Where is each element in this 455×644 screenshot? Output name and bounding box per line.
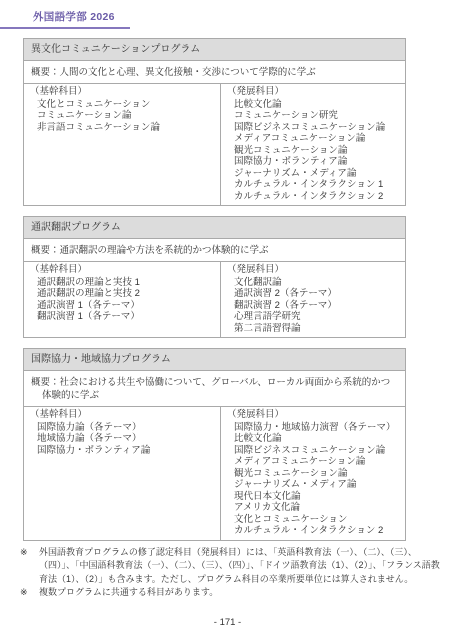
faculty-title: 外国語学部 2026	[33, 11, 455, 24]
core-subjects-column: （基幹科目） 通訳翻訳の理論と実技 1通訳翻訳の理論と実技 2通訳演習 1（各テ…	[24, 262, 221, 337]
subject-item: 通訳演習 1（各テーマ）	[30, 300, 214, 312]
subject-item: 第二言語習得論	[227, 323, 399, 335]
subject-item: 文化とコミュニケーション	[30, 99, 214, 111]
subject-item: 通訳翻訳の理論と実技 1	[30, 277, 214, 289]
subject-item: 国際協力・地域協力演習（各テーマ）	[227, 422, 399, 434]
program-title: 通訳翻訳プログラム	[24, 217, 405, 239]
page-footer: - 171 -	[0, 617, 455, 628]
program-columns: （基幹科目） 国際協力論（各テーマ）地域協力論（各テーマ）国際協力・ボランティア…	[24, 407, 405, 540]
advanced-subjects-column: （発展科目） 国際協力・地域協力演習（各テーマ）比較文化論国際ビジネスコミュニケ…	[221, 407, 405, 540]
subject-item: 文化とコミュニケーション	[227, 514, 399, 526]
subject-item: 現代日本文化論	[227, 491, 399, 503]
subject-item: カルチュラル・インタラクション 2	[227, 191, 399, 203]
advanced-subjects-list: 比較文化論コミュニケーション研究国際ビジネスコミュニケーション論メディアコミュニ…	[227, 99, 399, 203]
program-table: 異文化コミュニケーションプログラム 概要：人間の文化と心理、異文化接触・交渉につ…	[23, 38, 406, 206]
program-columns: （基幹科目） 文化とコミュニケーションコミュニケーション論非言語コミュニケーショ…	[24, 84, 405, 205]
program-overview: 概要：通訳翻訳の理論や方法を系統的かつ体験的に学ぶ	[24, 239, 405, 262]
program-table: 国際協力・地域協力プログラム 概要：社会における共生や協働について、グローバル、…	[23, 348, 406, 541]
page-number: - 171 -	[214, 617, 241, 628]
subject-item: 翻訳演習 1（各テーマ）	[30, 311, 214, 323]
subject-item: コミュニケーション論	[30, 110, 214, 122]
subject-item: 国際ビジネスコミュニケーション論	[227, 445, 399, 457]
subject-item: 比較文化論	[227, 433, 399, 445]
subject-item: 観光コミュニケーション論	[227, 468, 399, 480]
program-overview: 概要：社会における共生や協働について、グローバル、ローカル両面から系統的かつ体験…	[24, 371, 405, 407]
program-overview: 概要：人間の文化と心理、異文化接触・交渉について学際的に学ぶ	[24, 61, 405, 84]
core-subjects-label: （基幹科目）	[30, 86, 214, 99]
subject-item: アメリカ文化論	[227, 502, 399, 514]
program-title: 異文化コミュニケーションプログラム	[24, 39, 405, 61]
subject-item: メディアコミュニケーション論	[227, 133, 399, 145]
subject-item: 比較文化論	[227, 99, 399, 111]
core-subjects-label: （基幹科目）	[30, 409, 214, 422]
advanced-subjects-column: （発展科目） 文化翻訳論通訳演習 2（各テーマ）翻訳演習 2（各テーマ）心理言語…	[221, 262, 405, 337]
subject-item: ジャーナリズム・メディア論	[227, 479, 399, 491]
footnote-text: 外国語教育プログラムの修了認定科目（発展科目）には、「英語科教育法（一）、（二）…	[39, 546, 440, 587]
core-subjects-column: （基幹科目） 文化とコミュニケーションコミュニケーション論非言語コミュニケーショ…	[24, 84, 221, 205]
subject-item: ジャーナリズム・メディア論	[227, 168, 399, 180]
footnote: ※ 複数プログラムに共通する科目があります。	[20, 586, 440, 600]
advanced-subjects-label: （発展科目）	[227, 264, 399, 277]
document-page: 外国語学部 2026 異文化コミュニケーションプログラム 概要：人間の文化と心理…	[0, 0, 455, 644]
subject-item: メディアコミュニケーション論	[227, 456, 399, 468]
header-rule	[0, 27, 130, 29]
subject-item: 心理言語学研究	[227, 311, 399, 323]
subject-item: コミュニケーション研究	[227, 110, 399, 122]
advanced-subjects-label: （発展科目）	[227, 409, 399, 422]
program-table: 通訳翻訳プログラム 概要：通訳翻訳の理論や方法を系統的かつ体験的に学ぶ （基幹科…	[23, 216, 406, 338]
program-title: 国際協力・地域協力プログラム	[24, 349, 405, 371]
footnotes-section: ※ 外国語教育プログラムの修了認定科目（発展科目）には、「英語科教育法（一）、（…	[20, 546, 440, 600]
core-subjects-list: 文化とコミュニケーションコミュニケーション論非言語コミュニケーション論	[30, 99, 214, 134]
page-header: 外国語学部 2026	[0, 0, 455, 29]
subject-item: 国際協力論（各テーマ）	[30, 422, 214, 434]
advanced-subjects-column: （発展科目） 比較文化論コミュニケーション研究国際ビジネスコミュニケーション論メ…	[221, 84, 405, 205]
subject-item: 通訳演習 2（各テーマ）	[227, 288, 399, 300]
subject-item: 国際協力・ボランティア論	[227, 156, 399, 168]
subject-item: 通訳翻訳の理論と実技 2	[30, 288, 214, 300]
core-subjects-list: 通訳翻訳の理論と実技 1通訳翻訳の理論と実技 2通訳演習 1（各テーマ）翻訳演習…	[30, 277, 214, 323]
core-subjects-list: 国際協力論（各テーマ）地域協力論（各テーマ）国際協力・ボランティア論	[30, 422, 214, 457]
advanced-subjects-label: （発展科目）	[227, 86, 399, 99]
subject-item: 観光コミュニケーション論	[227, 145, 399, 157]
advanced-subjects-list: 国際協力・地域協力演習（各テーマ）比較文化論国際ビジネスコミュニケーション論メデ…	[227, 422, 399, 537]
subject-item: 文化翻訳論	[227, 277, 399, 289]
core-subjects-column: （基幹科目） 国際協力論（各テーマ）地域協力論（各テーマ）国際協力・ボランティア…	[24, 407, 221, 540]
program-columns: （基幹科目） 通訳翻訳の理論と実技 1通訳翻訳の理論と実技 2通訳演習 1（各テ…	[24, 262, 405, 337]
subject-item: 翻訳演習 2（各テーマ）	[227, 300, 399, 312]
subject-item: 国際ビジネスコミュニケーション論	[227, 122, 399, 134]
subject-item: カルチュラル・インタラクション 1	[227, 179, 399, 191]
footnote-marker: ※	[20, 586, 39, 600]
advanced-subjects-list: 文化翻訳論通訳演習 2（各テーマ）翻訳演習 2（各テーマ）心理言語学研究第二言語…	[227, 277, 399, 335]
program-tables: 異文化コミュニケーションプログラム 概要：人間の文化と心理、異文化接触・交渉につ…	[23, 38, 406, 541]
footnote: ※ 外国語教育プログラムの修了認定科目（発展科目）には、「英語科教育法（一）、（…	[20, 546, 440, 587]
subject-item: カルチュラル・インタラクション 2	[227, 525, 399, 537]
footnote-marker: ※	[20, 546, 39, 587]
core-subjects-label: （基幹科目）	[30, 264, 214, 277]
footnote-text: 複数プログラムに共通する科目があります。	[39, 586, 440, 600]
subject-item: 非言語コミュニケーション論	[30, 122, 214, 134]
subject-item: 地域協力論（各テーマ）	[30, 433, 214, 445]
subject-item: 国際協力・ボランティア論	[30, 445, 214, 457]
